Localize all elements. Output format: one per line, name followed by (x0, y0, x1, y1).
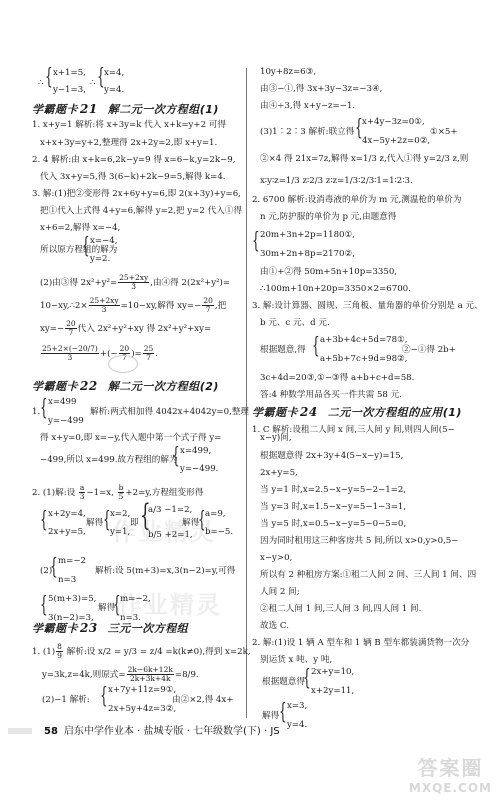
answer-line: y=3k,z=4k,则原式=2k−6k+12k2k+3k+4k=8/9. (42, 666, 199, 683)
answer-line: b 元、c 元、d 元. (260, 318, 330, 329)
text: =10−xy,解得 xy=− (121, 301, 202, 311)
column-divider (246, 68, 247, 718)
answer-line: 解析:设 5(m+3)=x,3(n−2)=y,可得 (95, 566, 235, 577)
denominator: 3 (89, 306, 120, 314)
answer-line: 3. 解:(1)把②变形得 2x+6y+y=6,即 2(x+3y)+y=6, (32, 189, 241, 200)
equation: y=−499 (48, 416, 84, 427)
brace-icon: { (252, 231, 260, 253)
equation: x=3, (287, 701, 307, 712)
text: =8/9. (175, 670, 199, 680)
equation: a+5b+7c+9d=98②, (320, 354, 408, 365)
section-number: 24 (300, 405, 318, 419)
text: y=3k,z=4k,则原式= (42, 670, 126, 680)
equation: y=4. (104, 85, 124, 96)
section-heading-22: 学霸题卡22解二元一次方程组(2) (32, 378, 219, 394)
answer-line: −499,所以 x=499.故方程组的解为 (40, 455, 178, 466)
answer-line: x−y>0, (260, 553, 292, 564)
fraction: 207 (65, 320, 77, 337)
answer-line: 2x+y=5, (260, 468, 298, 479)
fraction: 207 (202, 297, 214, 314)
answer-line: ②−①得 2b+ (402, 345, 456, 356)
equation: a+3b+4c+5d=78①, (320, 335, 408, 346)
answer-line: 由④÷3,得 x+y−z=−1. (260, 101, 355, 112)
answer-line: 由①+②得 50m+5n+10p=3350, (260, 267, 397, 278)
answer-line: 当 y=1 时,x=2.5−x−y=5−2−1=2, (260, 485, 406, 496)
denominator: 9 (56, 652, 63, 660)
page-number: 58 (44, 726, 58, 737)
brace-icon: { (45, 67, 53, 89)
answer-line: 所以有 2 种租房方案:①租二人间 2 间、三人间 1 间、四 (260, 570, 476, 581)
answer-line: 因为同时租用这三种客房共 5 间,所以 x>0,y>0,5− (260, 536, 458, 547)
footer-decoration (8, 728, 32, 734)
brace-icon: { (312, 336, 320, 358)
text: 代入 2x²+y²+xy 得 2x²+y²+xy= (78, 324, 212, 334)
equation: x+7y+11z=9①, (108, 685, 176, 696)
answer-line: 2. 解:(1)设 1 辆 A 型车和 1 辆 B 型车都装满货物一次分 (252, 638, 469, 649)
equation: x+2y=11, (311, 686, 354, 697)
book-title: 启东中学作业本 · 盐城专版 · 七年级数学(下) · JS (64, 726, 280, 737)
equation: y−1=3, (53, 85, 86, 96)
answer-line: n 元,防护服的单价为 p 元,由题意得 (260, 212, 396, 223)
stamp-watermark (108, 355, 138, 373)
equation: y=−499. (180, 464, 218, 475)
text: 解得 (262, 711, 279, 722)
section-title: 解二元一次方程组(1) (108, 103, 219, 116)
answer-line: 由③−①,得 3x+3y−3z=−3④, (260, 84, 382, 95)
answer-line: 2. (1)解:设 a3−1=x, b5+2=y,方程组变形得 (32, 484, 203, 501)
answer-line: ②×4 得 21x=7z,解得 x=1/3 z,代入①得 y=2/3 z,则 (260, 154, 468, 165)
answer-line: 当 y=3 时,x=1.5−x−y=5−1−3=1, (260, 502, 406, 513)
textbook-page: ∴ { x+1=5, y−1=3, ∴ { x=4, y=4. 学霸题卡21解二… (0, 0, 500, 800)
text: +2=y,方程组变形得 (125, 488, 203, 498)
brace-icon: { (100, 686, 108, 708)
section-number: 21 (80, 102, 98, 116)
watermark-logo-en: MXQE.COM (409, 781, 492, 795)
brace-icon: { (172, 446, 180, 468)
answer-line: xy=−207代入 2x²+y²+xy 得 2x²+y²+xy= (40, 320, 211, 337)
site-watermark-logo: 答案圈 MXQE.COM (409, 752, 492, 795)
denominator: 7 (143, 354, 155, 362)
answer-line: ①×5+ (430, 127, 458, 138)
equation: 20m+3n+2p=1180①, (260, 230, 355, 241)
brace-icon: { (40, 510, 48, 532)
section-heading-23: 学霸题卡23三元一次方程组 (32, 620, 188, 636)
watermark-text: 作业精灵 (112, 512, 216, 547)
watermark-logo-cn: 答案圈 (409, 752, 492, 781)
equation: y=4. (287, 720, 307, 731)
brace-icon: { (82, 236, 90, 258)
equation: x=499, (180, 446, 211, 457)
fraction: 257 (143, 345, 155, 362)
answer-line: (2)−1 解析: (42, 695, 90, 706)
brace-icon: { (303, 668, 311, 690)
equation: x=4, (104, 68, 124, 79)
section-title: 三元一次方程组 (108, 622, 189, 635)
section-title: 二元一次方程组的应用(1) (328, 406, 462, 419)
therefore-symbol: ∴ (90, 78, 95, 89)
answer-line: 3. 解:设计算器、圆规、三角板、量角器的单价分别是 a 元、 (252, 301, 483, 312)
denominator: 7 (202, 306, 214, 314)
denominator: 3 (118, 283, 149, 291)
denominator: 7 (65, 329, 77, 337)
text: 根据题意,得 (260, 345, 306, 356)
brace-icon: { (40, 398, 48, 420)
answer-line: 把①代入上式得 4+y=6,解得 y=2,把 y=2 代入①得 (40, 206, 242, 217)
fraction: 2k−6k+12k2k+3k+4k (127, 666, 174, 683)
section-heading-21: 学霸题卡21解二元一次方程组(1) (32, 101, 219, 117)
fraction: 25+2×(−20/7)3 (41, 345, 99, 362)
text: 2. (1)解:设 (32, 488, 75, 498)
answer-line: x+6=2,解得 x=−4, (40, 223, 120, 234)
section-title: 解二元一次方程组(2) (108, 380, 219, 393)
answer-line: (3)1∶2∶3 解析:联立得 (260, 127, 354, 138)
text: 1. (1) (32, 647, 55, 657)
equation: m=−2 (58, 556, 86, 567)
answer-line: 1. (1)89 解析:设 x/2 = y/3 = z/4 =k(k≠0),得到… (32, 643, 251, 660)
answer-line: (2)由③得 2x²+y²=25+2xy3,由④得 2(2x²+y²)= (40, 274, 230, 291)
brace-icon: { (279, 702, 287, 724)
equation: 2x+y=10, (311, 667, 354, 678)
text: ,把 (215, 301, 226, 311)
equation: 30m+2n+8p=2170②, (260, 249, 355, 260)
section-label: 学霸题卡 (32, 622, 78, 635)
answer-line: 根据题意得 2x+3y+4(5−x−y)=15, (260, 451, 403, 462)
fraction: 25+2xy3 (89, 297, 120, 314)
answer-line: 25+2×(−20/7)3+(−207)=257. (40, 345, 158, 362)
watermark-text: 作业精灵 (118, 585, 222, 620)
fraction: 89 (56, 643, 63, 660)
equation: x=−4, (90, 236, 117, 247)
section-heading-24: 学霸题卡24二元一次方程组的应用(1) (252, 404, 462, 420)
text: 根据题意得 (262, 677, 305, 688)
answer-line: 答:4 种数学用品各买一件共需 58 元. (260, 390, 402, 401)
section-label: 学霸题卡 (252, 406, 298, 419)
answer-line: 别运货 x 吨、y 吨, (260, 655, 332, 666)
answer-line: 10y+8z=6③, (260, 67, 316, 78)
answer-line: 由②×2,得 4x+ (172, 695, 233, 706)
equation: 5(m+3)=5, (48, 594, 96, 605)
section-number: 23 (80, 621, 98, 635)
question-number: 1. (32, 407, 40, 418)
equation: 2x+5y+4z=3②, (108, 704, 176, 715)
answer-line: x−y)间, (260, 433, 292, 444)
section-number: 22 (80, 379, 98, 393)
answer-line: 当 y=5 时,x=0.5−x−y=5−0−5=0, (260, 519, 406, 530)
answer-line: 代入 3x+y=5,得 3(6−k)+2k−9=5,解得 k=4. (40, 172, 226, 183)
fraction: a3 (79, 484, 85, 501)
answer-line: 2. 4 解析:由 x+k=6,2k−y=9 得 x=6−k,y=2k−9, (32, 155, 235, 166)
therefore-symbol: ∴ (38, 78, 43, 89)
section-label: 学霸题卡 (32, 380, 78, 393)
answer-line: 解析:两式相加得 4042x+4042y=0,整理 (90, 407, 249, 418)
equation: x+2y=4, (48, 509, 86, 520)
answer-line: ②租二人间 1 间,三人间 3 间,四人间 1 间. (260, 604, 421, 615)
equation: x+1=5, (53, 68, 86, 79)
fraction: b5 (118, 484, 125, 501)
answer-line: 10−xy,∴2×25+2xy3=10−xy,解得 xy=−207,把 (40, 297, 226, 314)
answer-line: 3c+4d=20③,①−③得 a+b+c+d=58. (260, 373, 414, 384)
text: 解得 (86, 518, 103, 529)
equation: 4x−5y+2z=0②, (362, 136, 430, 147)
answer-line: 人间 2 间; (260, 587, 300, 598)
answer-line: x∶y∶z=1/3 z∶2/3 z∶z=1/3∶2/3∶1=1∶2∶3. (260, 176, 413, 187)
text: (2)由③得 2x²+y²= (40, 278, 117, 288)
text: 10−xy,∴2× (40, 301, 88, 311)
equation: n=3 (58, 575, 76, 586)
denominator: 2k+3k+4k (127, 675, 174, 683)
equation: y=2. (90, 254, 110, 265)
brace-icon: { (40, 595, 48, 617)
answer-line: x+x+3y=y+2,整理得 2x+2y=2,即 x+y=1. (40, 138, 217, 149)
equation: x+4y−3z=0①, (362, 117, 425, 128)
text: −1=x, (86, 488, 113, 498)
brace-icon: { (50, 557, 58, 579)
fraction: 25+2xy3 (118, 274, 149, 291)
answer-line: 1. x+y=1 解析:将 x+3y=k 代入 x+k=y+2 可得 (32, 120, 226, 131)
page-footer: 58启东中学作业本 · 盐城专版 · 七年级数学(下) · JS (8, 722, 280, 737)
text: ,由④得 2(2x²+y²)= (150, 278, 230, 288)
answer-line: 得 x+y=0,即 x=−y,代入题中第一个式子得 y= (40, 433, 221, 444)
answer-line: ∴100m+10n+20p=3350×2=6700. (260, 284, 411, 295)
equation: 2x+y=5, (48, 527, 86, 538)
section-label: 学霸题卡 (32, 103, 78, 116)
text: 解析:设 x/2 = y/3 = z/4 =k(k≠0),得到 x=2k, (67, 647, 251, 657)
equation: x=499 (48, 397, 76, 408)
answer-line: 2. 6700 解析:设消毒液的单价为 m 元,测温枪的单价为 (252, 195, 461, 206)
denominator: 3 (41, 354, 99, 362)
text: xy=− (40, 324, 64, 334)
answer-line: 故选 C. (260, 621, 289, 632)
